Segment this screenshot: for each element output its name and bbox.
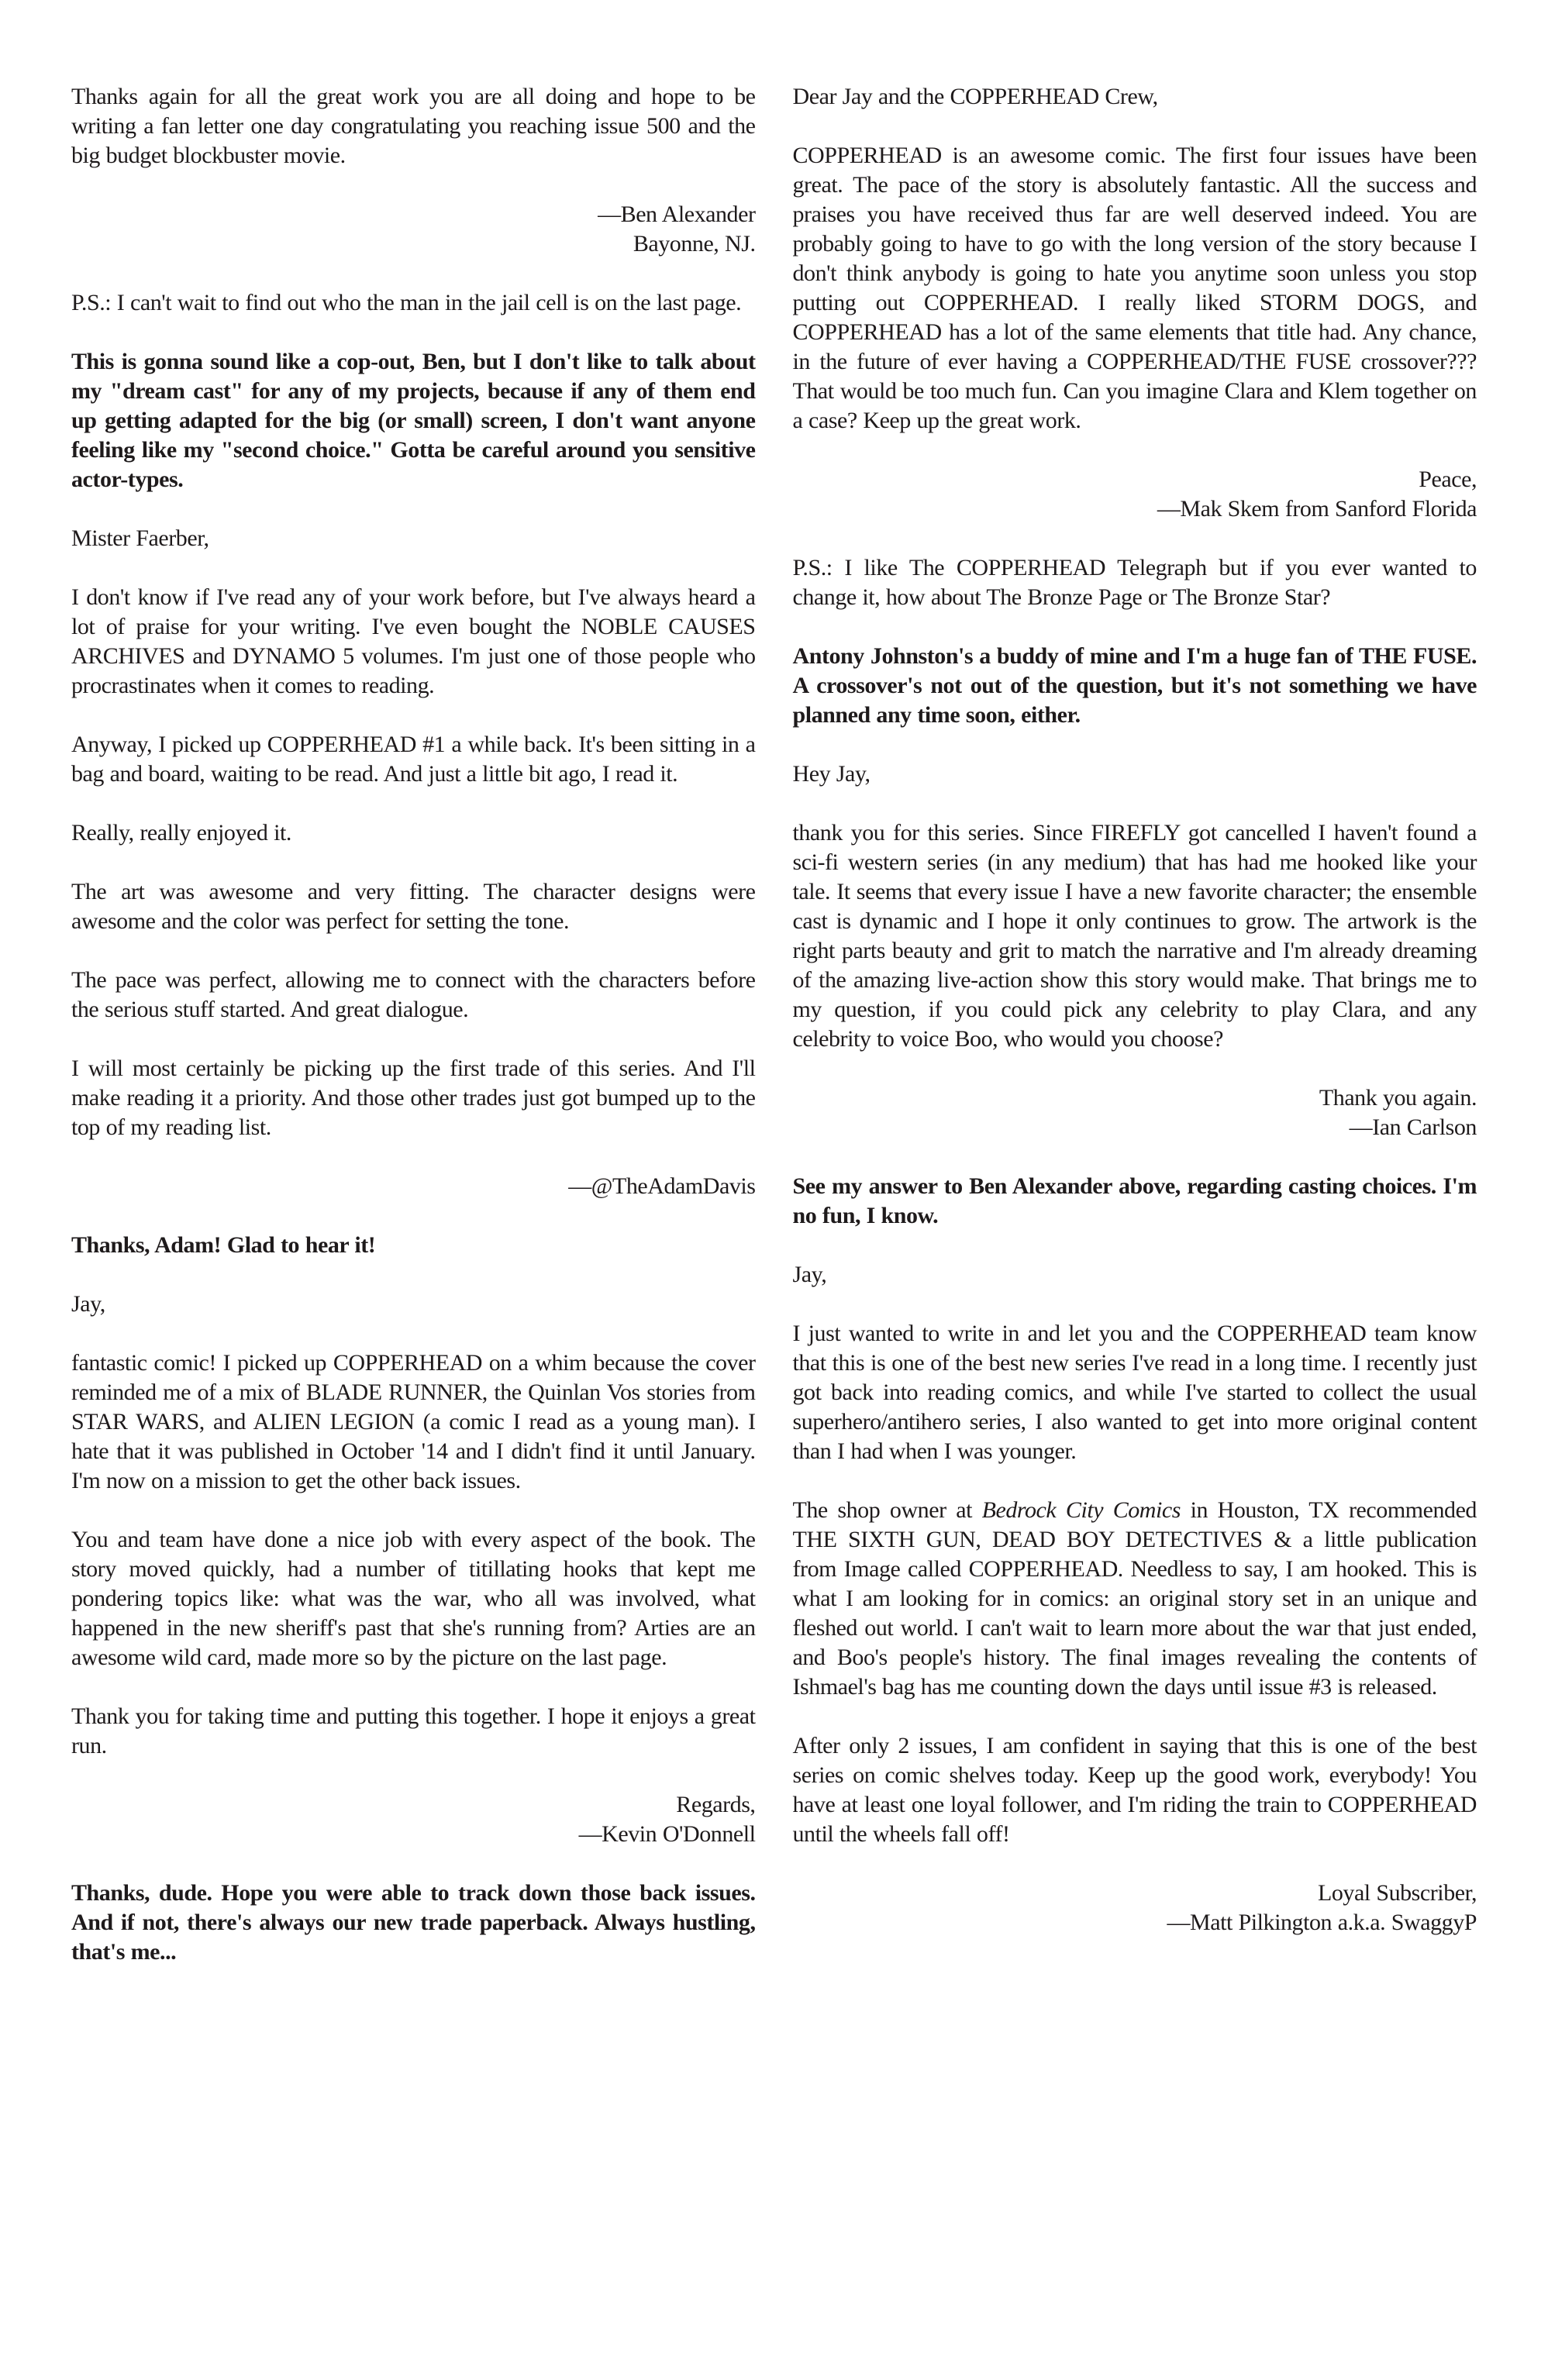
letter-paragraph: COPPERHEAD is an awesome comic. The firs… [793,141,1477,436]
letter-paragraph-text: in Houston, TX recommended THE SIXTH GUN… [793,1497,1477,1700]
letter-paragraph-text: The shop owner at [793,1497,982,1523]
letter-paragraph: thank you for this series. Since FIREFLY… [793,818,1477,1054]
letter-signature: —Ben Alexander Bayonne, NJ. [71,200,756,259]
editor-response: This is gonna sound like a cop-out, Ben,… [71,347,756,494]
letter-signature: Loyal Subscriber, —Matt Pilkington a.k.a… [793,1879,1477,1937]
letter-paragraph: The shop owner at Bedrock City Comics in… [793,1496,1477,1702]
letter-signature: Thank you again. —Ian Carlson [793,1083,1477,1142]
letter-salutation: Jay, [793,1260,1477,1290]
letter-paragraph: Thank you for taking time and putting th… [71,1702,756,1761]
letter-signature: —@TheAdamDavis [71,1172,756,1201]
letter-paragraph: Really, really enjoyed it. [71,818,756,848]
editor-response: Thanks, Adam! Glad to hear it! [71,1231,756,1260]
letter-signature: Regards, —Kevin O'Donnell [71,1790,756,1849]
letter-paragraph: The art was awesome and very fitting. Th… [71,877,756,936]
letter-paragraph: You and team have done a nice job with e… [71,1525,756,1672]
letter-signature: Peace, —Mak Skem from Sanford Florida [793,465,1477,524]
editor-response: Thanks, dude. Hope you were able to trac… [71,1879,756,1967]
left-column: Thanks again for all the great work you … [71,82,756,2349]
letter-salutation: Jay, [71,1290,756,1319]
letter-paragraph: P.S.: I like The COPPERHEAD Telegraph bu… [793,553,1477,612]
right-column: Dear Jay and the COPPERHEAD Crew, COPPER… [793,82,1477,2349]
letter-paragraph: I will most certainly be picking up the … [71,1054,756,1142]
letters-page: Thanks again for all the great work you … [0,0,1548,2380]
letter-paragraph: P.S.: I can't wait to find out who the m… [71,288,756,318]
letter-paragraph: fantastic comic! I picked up COPPERHEAD … [71,1348,756,1496]
letter-salutation: Hey Jay, [793,759,1477,789]
letter-paragraph: Thanks again for all the great work you … [71,82,756,170]
letter-paragraph: After only 2 issues, I am confident in s… [793,1731,1477,1849]
editor-response: Antony Johnston's a buddy of mine and I'… [793,642,1477,730]
letter-paragraph: Anyway, I picked up COPPERHEAD #1 a whil… [71,730,756,789]
letter-paragraph: I don't know if I've read any of your wo… [71,583,756,701]
letter-paragraph: I just wanted to write in and let you an… [793,1319,1477,1466]
comic-shop-name-italic: Bedrock City Comics [982,1497,1181,1523]
editor-response: See my answer to Ben Alexander above, re… [793,1172,1477,1231]
letter-paragraph: The pace was perfect, allowing me to con… [71,966,756,1025]
letter-salutation: Mister Faerber, [71,524,756,553]
letter-salutation: Dear Jay and the COPPERHEAD Crew, [793,82,1477,112]
